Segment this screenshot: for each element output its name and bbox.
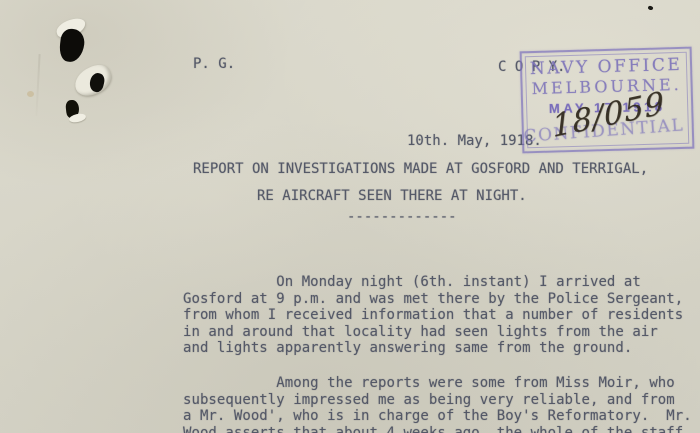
report-paragraph-2: Among the reports were some from Miss Mo… [183,375,692,433]
report-title-line2: RE AIRCRAFT SEEN THERE AT NIGHT. [257,188,527,205]
title-divider-dashes: ------------- [347,209,457,226]
report-title-line1: REPORT ON INVESTIGATIONS MADE AT GOSFORD… [193,161,648,178]
typist-initials: P. G. [193,56,235,73]
scanned-document-page: P. G. C O P Y. 10th. May, 1918. REPORT O… [0,0,700,433]
report-paragraph-1: On Monday night (6th. instant) I arrived… [183,274,683,357]
paper-speck [647,5,653,11]
paper-crease [35,54,40,116]
paper-hole-ink-blot [58,28,86,64]
foxing-spot [27,91,34,97]
